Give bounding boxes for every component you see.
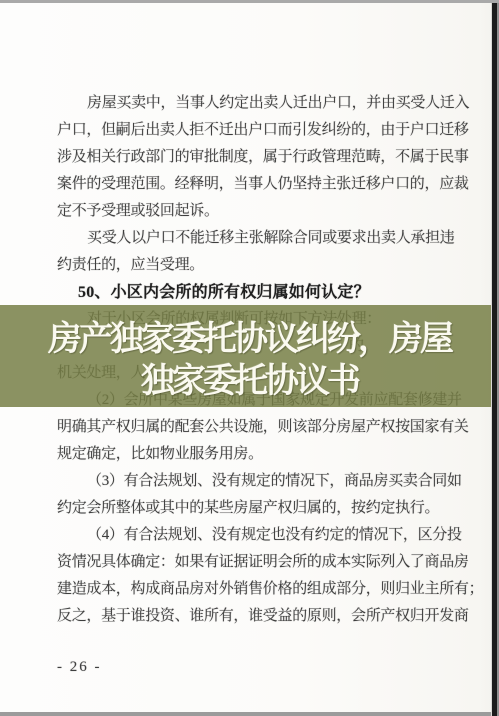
para2-line1: 买受人以户口不能迁移主张解除合同或要求出卖人承担违 [57,225,457,252]
para4-line2: 约定会所整体或其中的某些房屋产权归属的，按约定执行。 [57,495,457,522]
para4-line1: （3）有合法规划、没有规定的情况下，商品房买卖合同如 [57,468,457,495]
photo-bottom-edge [0,712,499,716]
para2-line2: 约责任的，应当受理。 [57,252,457,279]
para5-line1: （4）有合法规划、没有规定也没有约定的情况下，区分投 [57,522,457,549]
para5-line2: 资情况具体确定：如果有证据证明会所的成本实际列入了商品房 [57,549,457,576]
para5-line3: 建造成本，构成商品房对外销售价格的组成部分，则归业主所有； [57,576,457,603]
para1-line2: 户口，但嗣后出卖人拒不迁出户口而引发纠纷的，由于户口迁移 [57,117,457,144]
photo-top-edge [0,0,499,3]
overlay-title-line2: 独家委托协议书 [141,360,358,402]
photo-right-edge [491,3,499,716]
question-heading: 50、小区内会所的所有权归属如何认定？ [57,279,457,306]
para1-line4: 案件的受理范围。经释明，当事人仍坚持主张迁移户口的，应裁 [57,171,457,198]
para1-line3: 涉及相关行政部门的审批制度，属于行政管理范畴，不属于民事 [57,144,457,171]
para3-line2: 规定确定，比如物业服务用房。 [57,441,457,468]
book-page-photo: 房屋买卖中，当事人约定出卖人迁出户口，并由买受人迁入 户口，但嗣后出卖人拒不迁出… [0,0,499,716]
page-number: - 26 - [57,656,102,678]
para5-line4: 反之，基于谁投资、谁所有，谁受益的原则，会所产权归开发商 [57,603,457,630]
para1-line5: 定不予受理或驳回起诉。 [57,198,457,225]
overlay-title-line1: 房产独家委托协议纠纷，房屋 [48,318,451,360]
para1-line1: 房屋买卖中，当事人约定出卖人迁出户口，并由买受人迁入 [57,90,457,117]
title-overlay-banner: 房产独家委托协议纠纷，房屋 独家委托协议书 [0,305,499,407]
para3-line1: 明确其产权归属的配套公共设施，则该部分房屋产权按国家有关 [57,414,457,441]
